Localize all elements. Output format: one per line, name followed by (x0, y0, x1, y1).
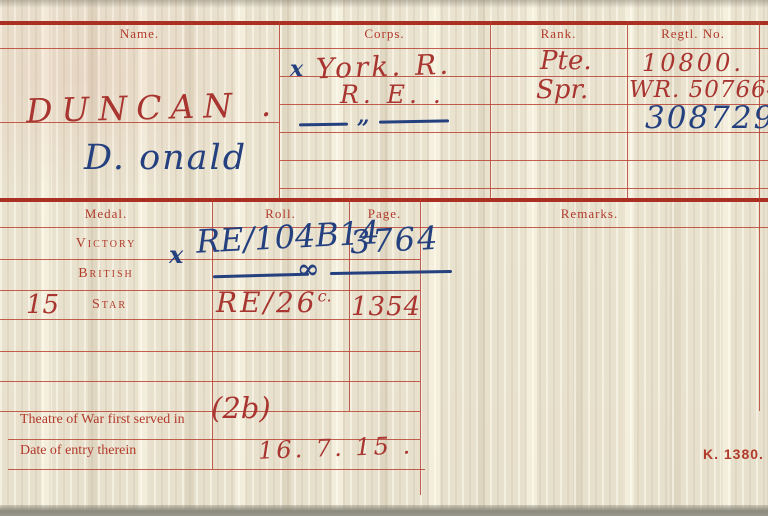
scan-bottom-edge (0, 505, 768, 516)
rank-entry-1: Pte. (540, 46, 592, 76)
column-divider (627, 21, 628, 199)
roll-entry-2: RE/26c. (216, 286, 332, 319)
form-code: K. 1380. (703, 446, 764, 462)
ink-dash (379, 119, 449, 123)
remarks-column-header: Remarks. (420, 206, 759, 222)
section-divider (0, 198, 768, 202)
ruled-line (0, 351, 420, 352)
regtl-no-entry-3: 308729 (645, 100, 768, 136)
rank-entry-2: Spr. (536, 75, 588, 105)
ruled-line (280, 160, 768, 161)
surname-entry: DUNCAN . (26, 85, 281, 131)
roll-entry-2-superscript: c. (318, 287, 332, 306)
ruled-line (0, 381, 420, 382)
corps-cross-mark: x (290, 56, 303, 82)
column-divider (490, 21, 491, 199)
date-of-entry-value: 16. 7. 15 . (258, 431, 414, 464)
rank-column-header: Rank. (490, 26, 627, 42)
roll-cross-mark: x (169, 240, 183, 269)
card-right-edge-line (759, 198, 760, 411)
ruled-line (0, 290, 420, 291)
regtl-no-column-header: Regtl. No. (627, 26, 759, 42)
medal-index-card: Name. Corps. Rank. Regtl. No. DUNCAN . D… (0, 0, 768, 516)
date-of-entry-label: Date of entry therein (20, 443, 136, 459)
theatre-of-war-label: Theatre of War first served in (20, 412, 185, 428)
regtl-no-entry-1: 10800. (642, 49, 744, 77)
ink-underline (213, 273, 309, 279)
ruled-line (280, 188, 768, 189)
page-entry-2: 1354 (351, 292, 421, 322)
forename-entry: D. onald (84, 138, 247, 178)
corps-column-header: Corps. (279, 26, 490, 42)
corps-entry-2: R. E. . (340, 80, 445, 109)
corps-ditto-mark: „ (357, 103, 370, 129)
medal-star-prefix: 15 (26, 290, 59, 320)
scan-top-edge (0, 0, 768, 8)
roll-entry-2-text: RE/26 (216, 286, 318, 319)
theatre-of-war-value: (2b) (211, 391, 271, 425)
name-column-header: Name. (0, 26, 279, 42)
medal-column-header: Medal. (0, 206, 212, 222)
ink-dash (299, 123, 348, 127)
ruled-line-top (0, 21, 768, 25)
medal-row-star: Star (92, 297, 127, 313)
page-entry-1: 3764 (349, 219, 440, 262)
roll-ditto-mark: ∞ (297, 254, 320, 285)
ruled-line (8, 469, 425, 470)
